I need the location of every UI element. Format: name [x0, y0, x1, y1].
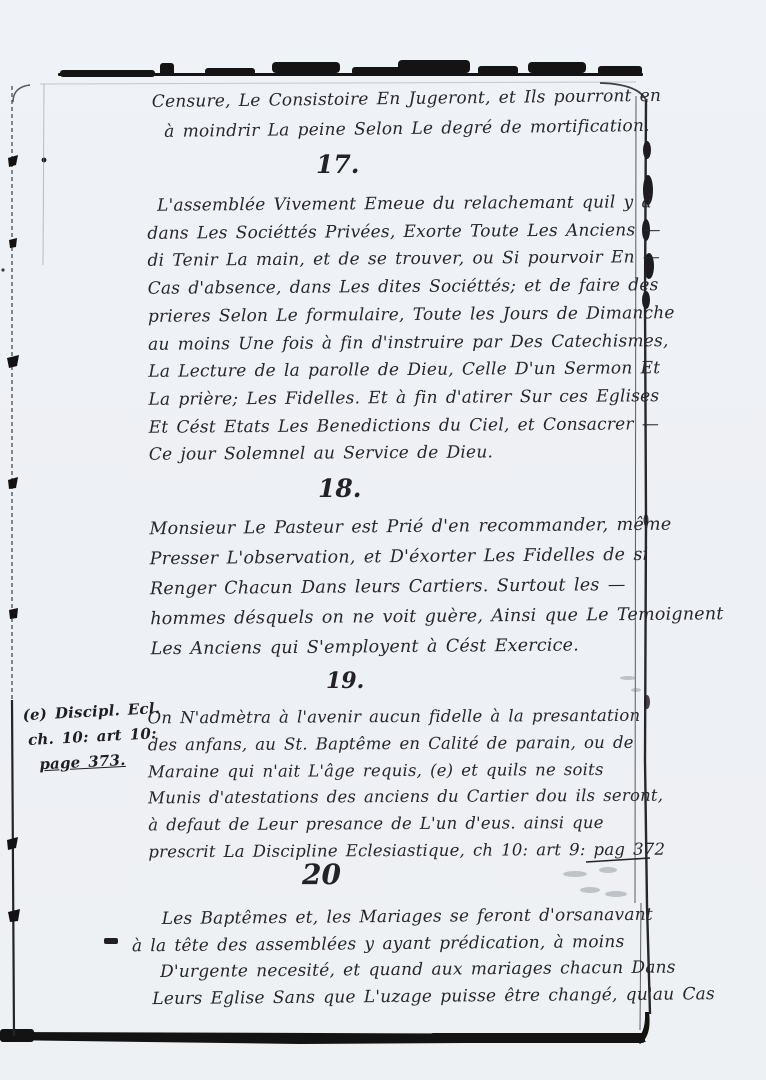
section-17-paragraph: L'assemblée Vivement Emeue du relacheman… [147, 189, 657, 470]
manuscript-line: Renger Chacun Dans leurs Cartiers. Surto… [150, 570, 658, 604]
manuscript-line: Cas d'absence, dans Les dites Sociéttés;… [148, 272, 656, 303]
margin-note: (e) Discipl. Ecl. ch. 10: art 10: page 3… [22, 697, 148, 778]
scanned-page: Censure, Le Consistoire En Jugeront, et … [0, 0, 766, 1080]
manuscript-line: Monsieur Le Pasteur est Prié d'en recomm… [149, 510, 657, 544]
manuscript-line: à defaut de Leur presance de L'un d'eus.… [148, 810, 660, 839]
section-heading-17: 17. [316, 150, 360, 179]
manuscript-line: des anfans, au St. Baptême en Calité de … [148, 729, 660, 758]
section-heading-18: 18. [318, 474, 362, 503]
manuscript-line: Ce jour Solemnel au Service de Dieu. [149, 439, 657, 470]
manuscript-line: Les Anciens qui S'employent à Cést Exerc… [150, 630, 658, 664]
manuscript-line: La Lecture de la parolle de Dieu, Celle … [148, 355, 656, 386]
manuscript-line: Maraine qui n'ait L'âge requis, (e) et q… [148, 756, 660, 785]
manuscript-line: Leurs Eglise Sans que L'uzage puisse êtr… [132, 981, 654, 1012]
manuscript-line: au moins Une fois à fin d'instruire par … [148, 328, 656, 359]
section-20-paragraph: Les Baptêmes et, les Mariages se feront … [132, 902, 655, 1013]
manuscript-line: hommes désquels on ne voit guère, Ainsi … [150, 600, 658, 634]
section-heading-19: 19. [326, 668, 364, 694]
section-18-paragraph: Monsieur Le Pasteur est Prié d'en recomm… [149, 510, 658, 664]
manuscript-line: Les Baptêmes et, les Mariages se feront … [132, 902, 654, 933]
manuscript-line: Et Cést Etats Les Benedictions du Ciel, … [149, 411, 657, 442]
manuscript-line: dans Les Sociéttés Privées, Exorte Toute… [147, 217, 655, 248]
manuscript-line: On N'admètra à l'avenir aucun fidelle à … [148, 703, 660, 732]
manuscript-line: prescrit La Discipline Eclesiastique, ch… [148, 837, 660, 866]
manuscript-line: Presser L'observation, et D'éxorter Les … [150, 540, 658, 574]
manuscript-line: La prière; Les Fidelles. Et à fin d'atir… [148, 383, 656, 414]
manuscript-line: à moindrir La peine Selon Le degré de mo… [152, 111, 652, 147]
margin-note-line: page 373. [25, 747, 148, 778]
manuscript-line: Munis d'atestations des anciens du Carti… [148, 783, 660, 812]
manuscript-line: di Tenir La main, et de se trouver, ou S… [147, 245, 655, 276]
manuscript-line: L'assemblée Vivement Emeue du relacheman… [147, 189, 655, 220]
continuation-paragraph: Censure, Le Consistoire En Jugeront, et … [152, 81, 653, 147]
manuscript-text-layer: Censure, Le Consistoire En Jugeront, et … [0, 0, 766, 1080]
manuscript-line: prieres Selon Le formulaire, Toute les J… [148, 300, 656, 331]
manuscript-line: D'urgente necesité, et quand aux mariage… [132, 955, 654, 986]
section-heading-20: 20 [302, 858, 341, 891]
section-19-paragraph: On N'admètra à l'avenir aucun fidelle à … [148, 703, 661, 866]
